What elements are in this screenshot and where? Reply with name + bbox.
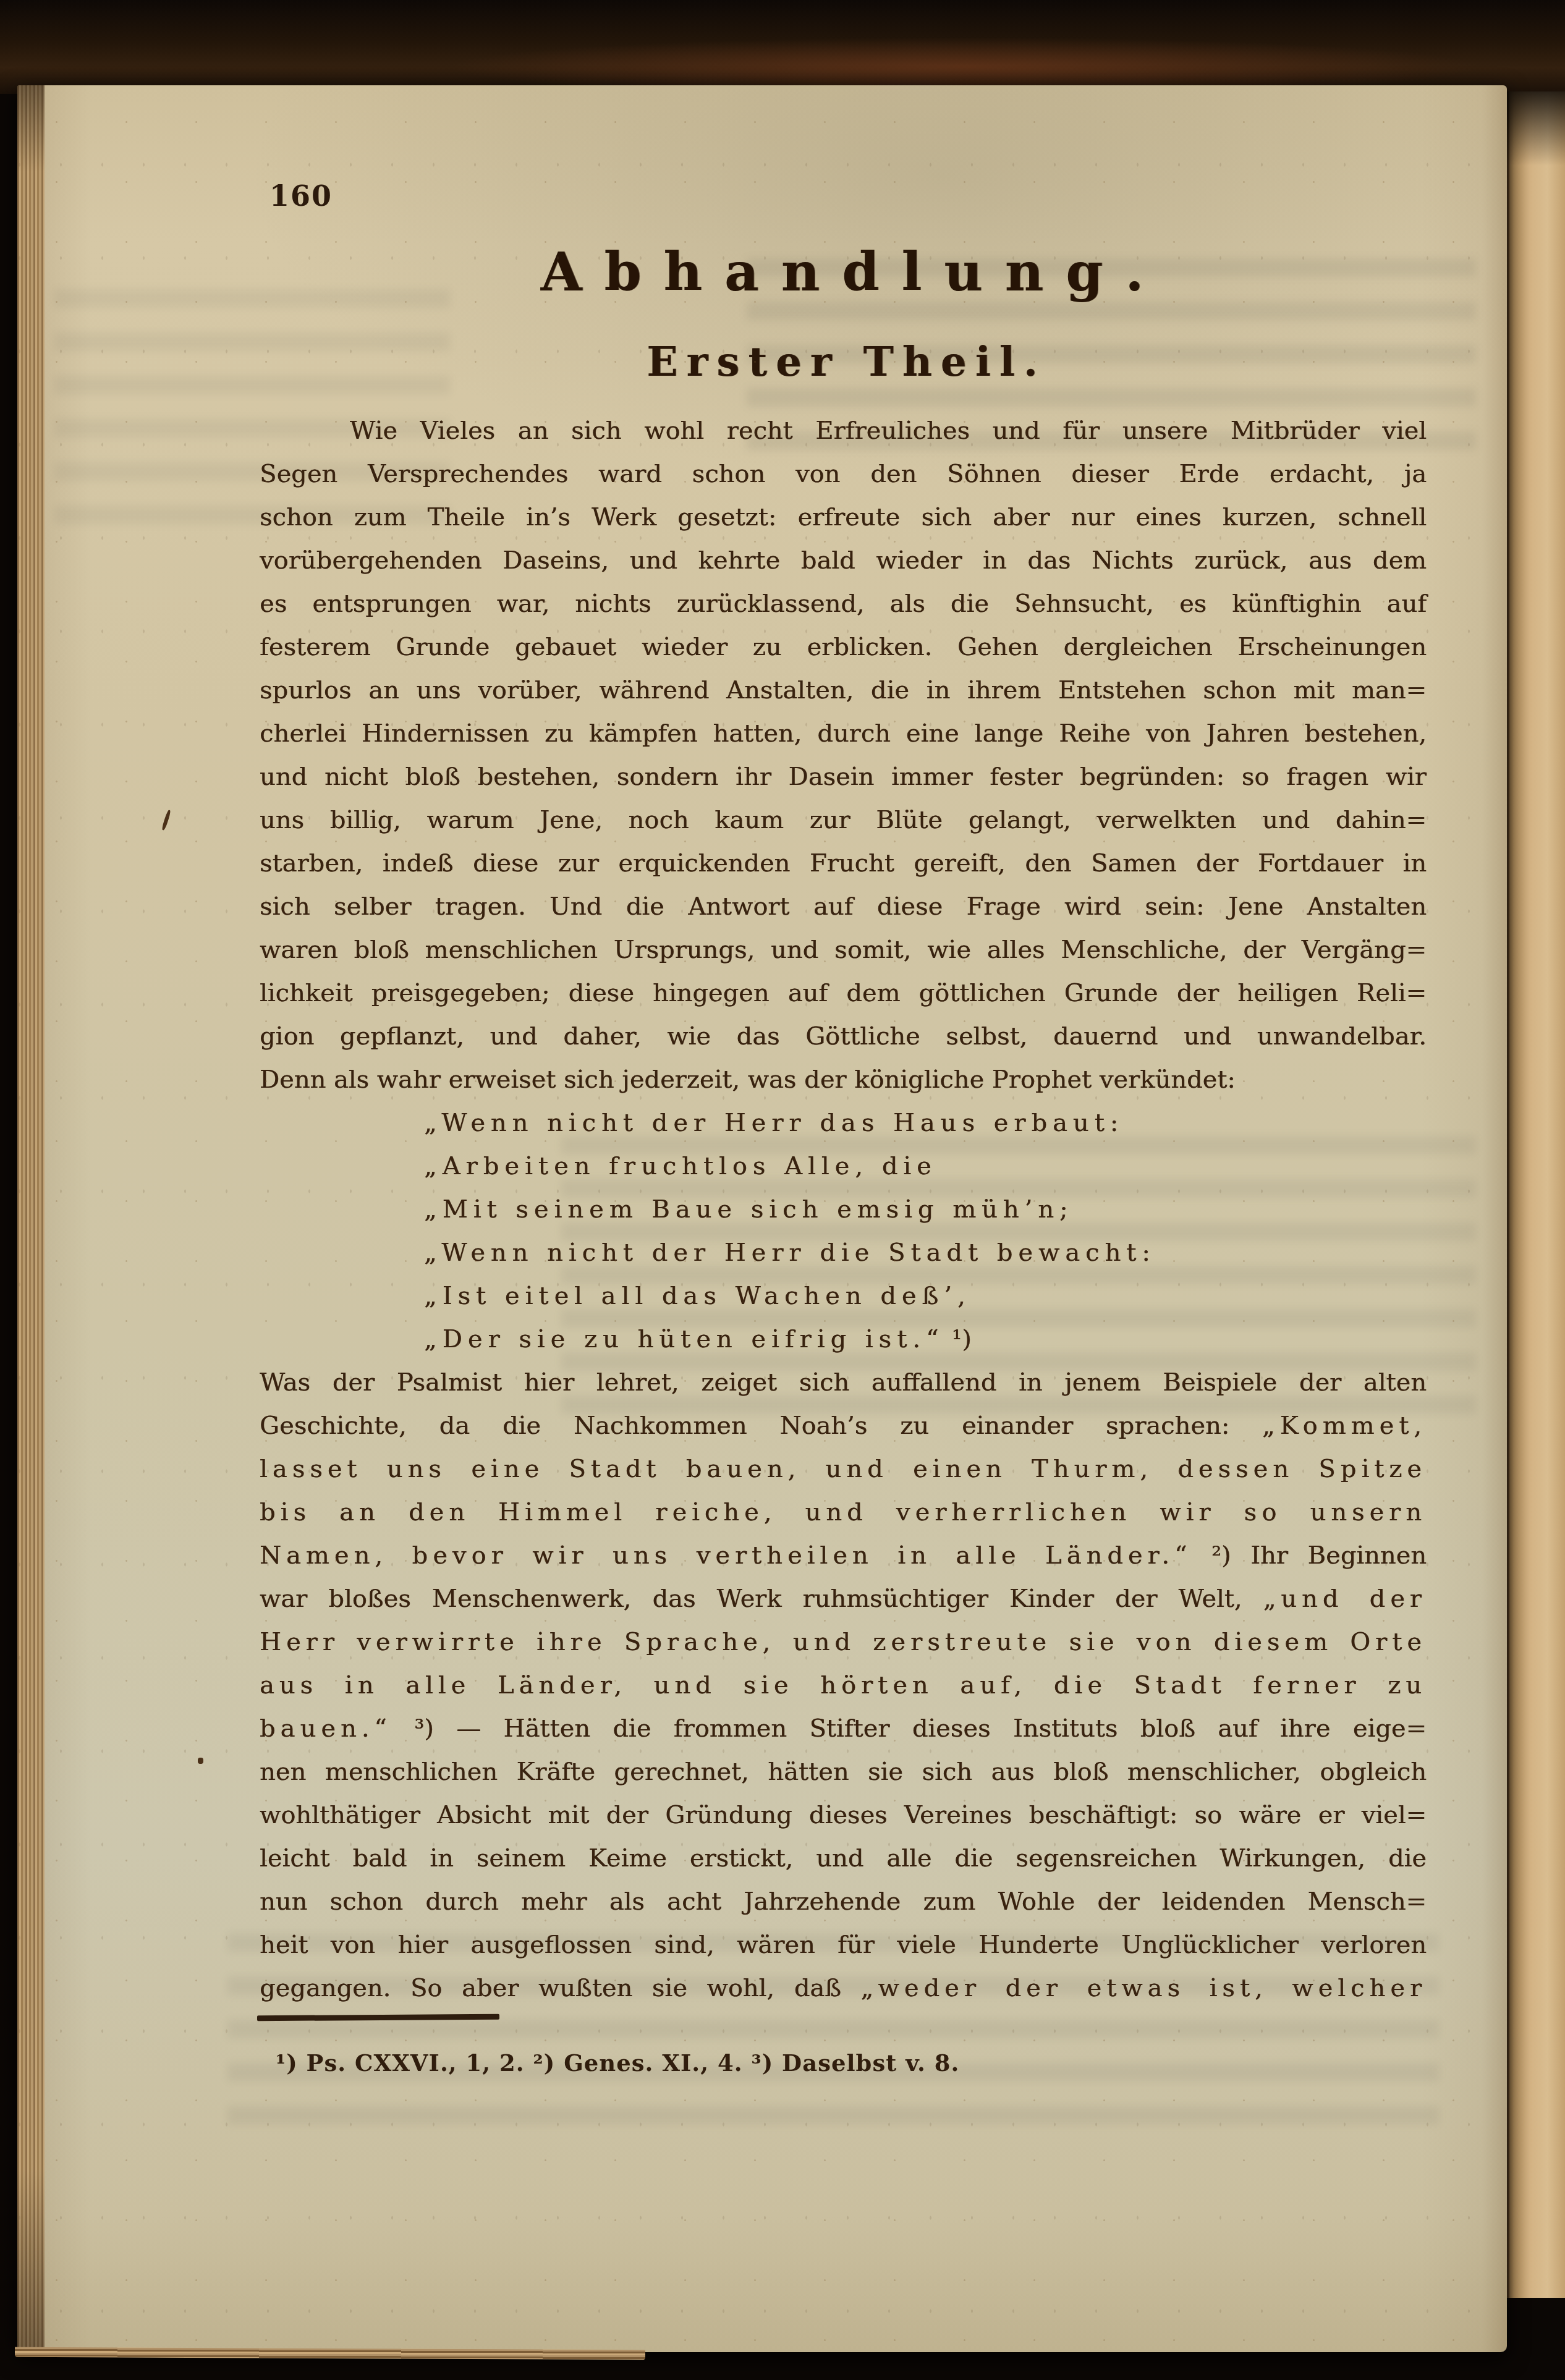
emphasized-spaced-text: bauen.“ — [260, 1714, 392, 1743]
emphasized-spaced-text: „weder der etwas ist, welcher — [861, 1974, 1427, 2002]
body-text-segment: uns billig, warum Jene, noch kaum zur Bl… — [260, 806, 1427, 834]
body-text-segment: gion gepflanzt, und daher, wie das Göttl… — [260, 1022, 1427, 1051]
text-line: sich selber tragen. Und die Antwort auf … — [260, 885, 1427, 928]
footnote-separator-rule — [257, 2014, 499, 2021]
body-text-segment: gegangen. So aber wußten sie wohl, daß — [260, 1974, 861, 2002]
body-text-segment: waren bloß menschlichen Ursprungs, und s… — [260, 936, 1427, 964]
text-line: es entsprungen war, nichts zurücklassend… — [260, 582, 1427, 625]
body-text-segment: starben, indeß diese zur erquickenden Fr… — [260, 849, 1427, 878]
body-text-segment: cherlei Hindernissen zu kämpfen hatten, … — [260, 719, 1427, 748]
page-number: 160 — [269, 179, 333, 213]
text-line: schon zum Theile in’s Werk gesetzt: erfr… — [260, 496, 1427, 539]
body-text-segment: es entsprungen war, nichts zurücklassend… — [260, 590, 1427, 618]
text-line: „Wenn nicht der Herr das Haus erbaut: — [260, 1101, 1427, 1145]
section-heading: Abhandlung. — [260, 241, 1425, 303]
emphasized-spaced-text: „und der — [1263, 1585, 1427, 1613]
text-line: festerem Grunde gebauet wieder zu erblic… — [260, 625, 1427, 669]
emphasized-spaced-text: bis an den Himmel reiche, und verherrlic… — [260, 1498, 1427, 1527]
text-line: Herr verwirrte ihre Sprache, und zerstre… — [260, 1620, 1427, 1664]
stray-ink-mark — [198, 1758, 203, 1764]
emphasized-spaced-text: „Arbeiten fruchtlos Alle, die — [424, 1152, 937, 1180]
body-text: Wie Vieles an sich wohl recht Erfreulich… — [260, 409, 1427, 2010]
body-text-segment: Geschichte, da die Nachkommen Noah’s zu … — [260, 1412, 1262, 1440]
book-binding-top — [0, 0, 1565, 94]
body-text-segment: Was der Psalmist hier lehret, zeiget sic… — [260, 1368, 1427, 1397]
text-line: lichkeit preisgegeben; diese hingegen au… — [260, 972, 1427, 1015]
body-text-segment: nun schon durch mehr als acht Jahrzehend… — [260, 1887, 1427, 1916]
text-line: lasset uns eine Stadt bauen, und einen T… — [260, 1447, 1427, 1491]
text-line: Wie Vieles an sich wohl recht Erfreulich… — [260, 409, 1427, 452]
text-line: gion gepflanzt, und daher, wie das Göttl… — [260, 1015, 1427, 1058]
body-text-segment: sich selber tragen. Und die Antwort auf … — [260, 892, 1427, 921]
text-line: Segen Versprechendes ward schon von den … — [260, 452, 1427, 496]
text-line: Namen, bevor wir uns vertheilen in alle … — [260, 1534, 1427, 1577]
text-line: Geschichte, da die Nachkommen Noah’s zu … — [260, 1404, 1427, 1447]
stray-ink-mark — [161, 810, 171, 831]
text-line: „Mit seinem Baue sich emsig müh’n; — [260, 1188, 1427, 1231]
body-text-segment: Wie Vieles an sich wohl recht Erfreulich… — [350, 417, 1427, 445]
text-line: bauen.“ ³) — Hätten die frommen Stifter … — [260, 1707, 1427, 1750]
text-line: bis an den Himmel reiche, und verherrlic… — [260, 1491, 1427, 1534]
text-line: vorübergehenden Daseins, und kehrte bald… — [260, 539, 1427, 582]
body-text-segment: vorübergehenden Daseins, und kehrte bald… — [260, 546, 1427, 575]
text-line: wohlthätiger Absicht mit der Gründung di… — [260, 1793, 1427, 1837]
book-page: 160 Abhandlung. Erster Theil. Wie Vieles… — [17, 85, 1507, 2352]
text-line: cherlei Hindernissen zu kämpfen hatten, … — [260, 712, 1427, 755]
text-line: starben, indeß diese zur erquickenden Fr… — [260, 842, 1427, 885]
section-subheading: Erster Theil. — [260, 337, 1425, 386]
body-text-segment: schon zum Theile in’s Werk gesetzt: erfr… — [260, 503, 1427, 531]
text-line: spurlos an uns vorüber, während Anstalte… — [260, 669, 1427, 712]
emphasized-spaced-text: lasset uns eine Stadt bauen, und einen T… — [260, 1455, 1427, 1483]
text-line: Denn als wahr erweiset sich jederzeit, w… — [260, 1058, 1427, 1101]
body-text-segment: lichkeit preisgegeben; diese hingegen au… — [260, 979, 1427, 1007]
emphasized-spaced-text: „Ist eitel all das Wachen deß’, — [424, 1282, 971, 1310]
emphasized-spaced-text: „Wenn nicht der Herr das Haus erbaut: — [424, 1109, 1124, 1137]
text-line: gegangen. So aber wußten sie wohl, daß „… — [260, 1967, 1427, 2010]
body-text-segment: ²) Ihr Beginnen — [1192, 1541, 1427, 1570]
text-line: „Wenn nicht der Herr die Stadt bewacht: — [260, 1231, 1427, 1274]
emphasized-spaced-text: Herr verwirrte ihre Sprache, und zerstre… — [260, 1628, 1427, 1656]
text-line: „Arbeiten fruchtlos Alle, die — [260, 1145, 1427, 1188]
text-line: aus in alle Länder, und sie hörten auf, … — [260, 1664, 1427, 1707]
body-text-segment: Denn als wahr erweiset sich jederzeit, w… — [260, 1065, 1236, 1094]
text-line: „Der sie zu hüten eifrig ist.“ ¹) — [260, 1318, 1427, 1361]
body-text-segment: wohlthätiger Absicht mit der Gründung di… — [260, 1801, 1427, 1829]
text-line: „Ist eitel all das Wachen deß’, — [260, 1274, 1427, 1318]
stacked-leaf-edges-bottom — [15, 2347, 645, 2360]
text-line: heit von hier ausgeflossen sind, wären f… — [260, 1923, 1427, 1967]
text-line: nun schon durch mehr als acht Jahrzehend… — [260, 1880, 1427, 1923]
footnote-text: ¹) Ps. CXXVI., 1, 2. ²) Genes. XI., 4. ³… — [276, 2049, 1388, 2077]
body-text-segment: war bloßes Menschenwerk, das Werk ruhmsü… — [260, 1585, 1263, 1613]
emphasized-spaced-text: „Der sie zu hüten eifrig ist.“ — [424, 1325, 944, 1353]
body-text-segment: spurlos an uns vorüber, während Anstalte… — [260, 676, 1427, 705]
text-line: war bloßes Menschenwerk, das Werk ruhmsü… — [260, 1577, 1427, 1620]
text-line: waren bloß menschlichen Ursprungs, und s… — [260, 928, 1427, 972]
emphasized-spaced-text: aus in alle Länder, und sie hörten auf, … — [260, 1671, 1427, 1700]
text-line: uns billig, warum Jene, noch kaum zur Bl… — [260, 798, 1427, 842]
body-text-segment: ¹) — [944, 1325, 971, 1353]
emphasized-spaced-text: „Kommet, — [1262, 1412, 1427, 1440]
page-edge-right — [1506, 91, 1565, 2298]
body-text-segment: und nicht bloß bestehen, sondern ihr Das… — [260, 763, 1427, 791]
text-line: nen menschlichen Kräfte gerechnet, hätte… — [260, 1750, 1427, 1793]
body-text-segment: leicht bald in seinem Keime erstickt, un… — [260, 1844, 1427, 1873]
text-line: und nicht bloß bestehen, sondern ihr Das… — [260, 755, 1427, 798]
text-line: Was der Psalmist hier lehret, zeiget sic… — [260, 1361, 1427, 1404]
emphasized-spaced-text: „Wenn nicht der Herr die Stadt bewacht: — [424, 1239, 1156, 1267]
body-text-segment: festerem Grunde gebauet wieder zu erblic… — [260, 633, 1427, 661]
emphasized-spaced-text: Namen, bevor wir uns vertheilen in alle … — [260, 1541, 1192, 1570]
body-text-segment: nen menschlichen Kräfte gerechnet, hätte… — [260, 1758, 1427, 1786]
text-line: leicht bald in seinem Keime erstickt, un… — [260, 1837, 1427, 1880]
scanned-book-photo: 160 Abhandlung. Erster Theil. Wie Vieles… — [0, 0, 1565, 2380]
stacked-leaf-edges — [17, 85, 45, 2352]
emphasized-spaced-text: „Mit seinem Baue sich emsig müh’n; — [424, 1195, 1074, 1224]
body-text-segment: ³) — Hätten die frommen Stifter dieses I… — [392, 1714, 1427, 1743]
body-text-segment: Segen Versprechendes ward schon von den … — [260, 460, 1427, 488]
body-text-segment: heit von hier ausgeflossen sind, wären f… — [260, 1931, 1427, 1959]
